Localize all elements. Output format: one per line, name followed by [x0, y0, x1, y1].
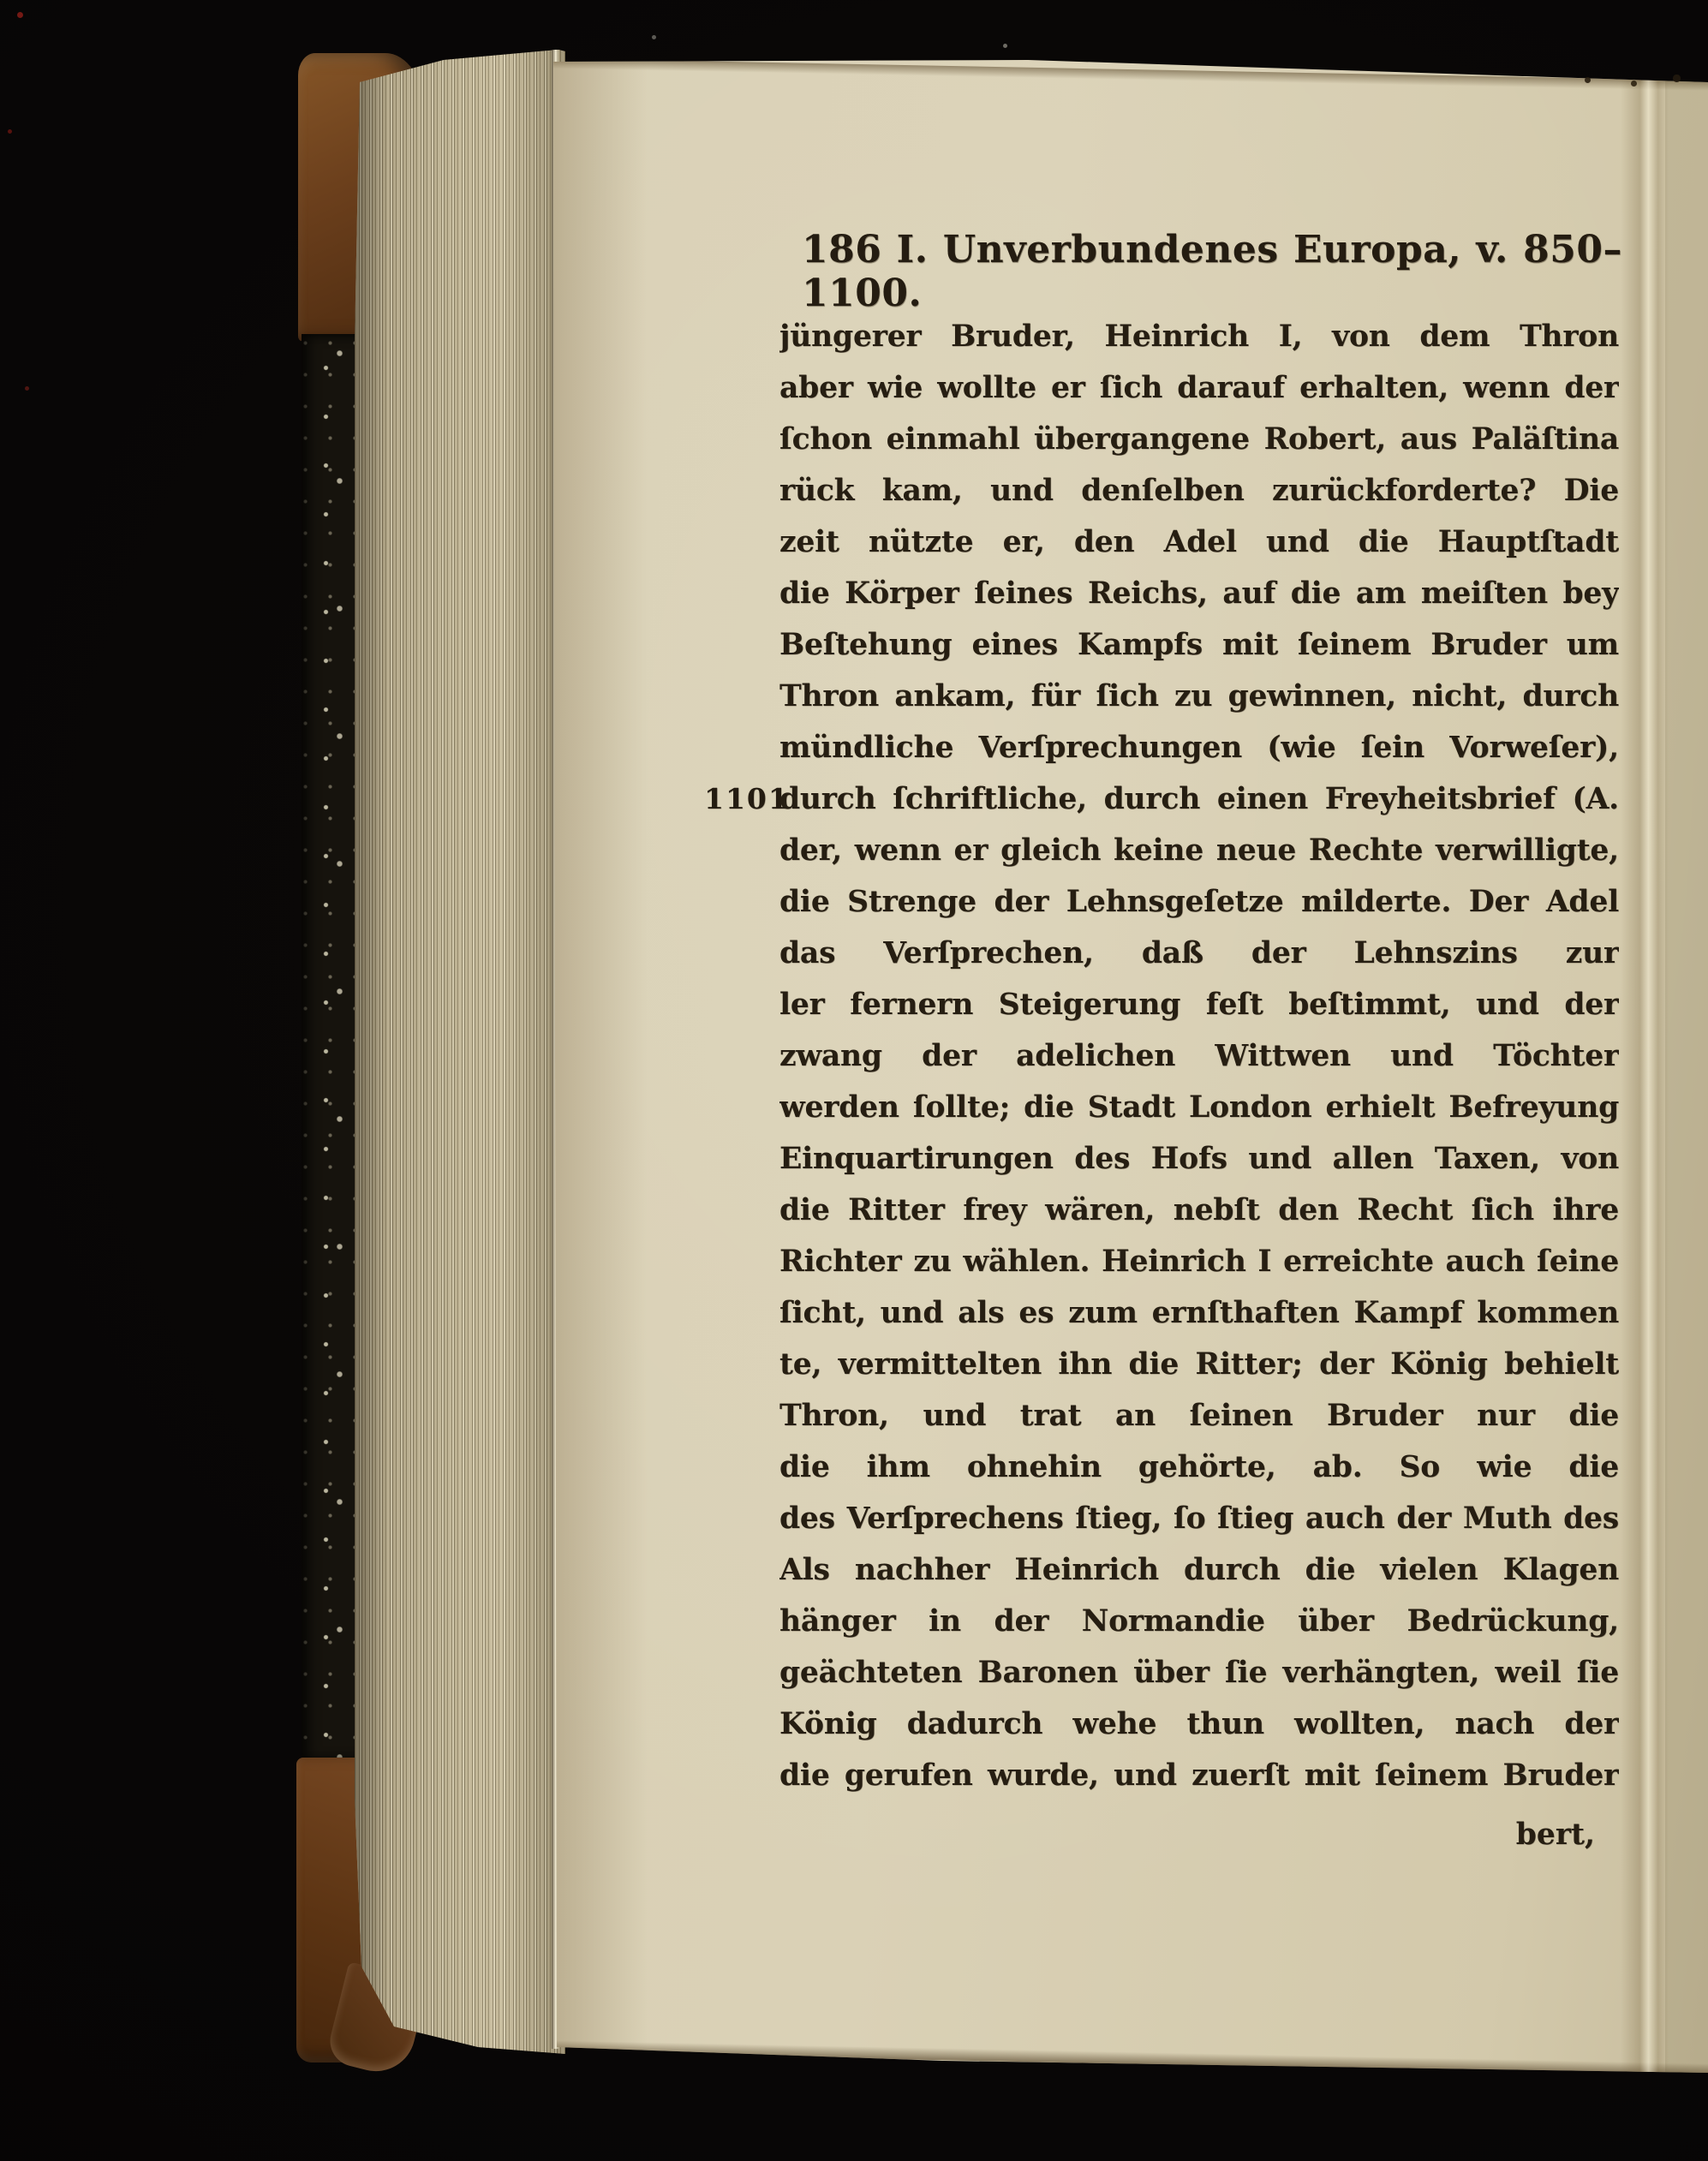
text-line: Thron ankam, für ſich zu gewinnen, nicht… [779, 671, 1619, 722]
text-line: hänger in der Normandie über Bedrückung,… [779, 1596, 1619, 1647]
text-line: Beſtehung eines Kampfs mit ſeinem Bruder… [779, 619, 1619, 671]
text-line: der, wenn er gleich keine neue Rechte ve… [779, 825, 1619, 876]
text-line: jüngerer Bruder, Heinrich I, von dem Thr… [779, 311, 1619, 362]
page-top-edge-shadow [548, 58, 1708, 91]
text-line: ler fernern Steigerung feſt beſtimmt, un… [779, 979, 1619, 1030]
text-line: te, vermittelten ihn die Ritter; der Kön… [779, 1339, 1619, 1390]
text-line: werden ſollte; die Stadt London erhielt … [779, 1082, 1619, 1133]
catchword: bert, [779, 1809, 1595, 1860]
gutter-shadow [553, 51, 648, 2056]
text-line: die gerufen wurde, und zuerſt mit ſeinem… [779, 1750, 1619, 1801]
text-line: ſicht, und als es zum ernſthaften Kampf … [779, 1287, 1619, 1339]
text-line: das Verſprechen, daß der Lehnszins zur E… [779, 928, 1619, 979]
page-right-shading [1665, 51, 1708, 2081]
text-line: die Ritter frey wären, nebſt den Recht ſ… [779, 1185, 1619, 1236]
text-line: die Strenge der Lehnsgeſetze milderte. D… [779, 876, 1619, 928]
text-line: zwang der adelichen Wittwen und Töchter … [779, 1030, 1619, 1082]
text-line: die ihm ohnehin gehörte, ab. So wie die … [779, 1442, 1619, 1493]
text-line: zeit nützte er, den Adel und die Hauptſt… [779, 516, 1619, 568]
text-line: König dadurch wehe thun wollten, nach de… [779, 1698, 1619, 1750]
book-page: 186 I. Unverbundenes Europa, v. 850–1100… [0, 0, 1708, 2161]
text-line: Einquartirungen des Hofs und allen Taxen… [779, 1133, 1619, 1185]
page-crease [1621, 51, 1669, 2073]
text-line: mündliche Verſprechungen (wie ſein Vorwe… [779, 722, 1619, 773]
text-line: rück kam, und denſelben zurückforderte? … [779, 465, 1619, 516]
dust-specks [0, 0, 3, 3]
text-line: geächteten Baronen über ſie verhängten, … [779, 1647, 1619, 1698]
text-line: des Verſprechens ſtieg, ſo ſtieg auch de… [779, 1493, 1619, 1544]
book-scan: 186 I. Unverbundenes Europa, v. 850–1100… [0, 0, 1708, 2161]
text-line: ſchon einmahl übergangene Robert, aus Pa… [779, 414, 1619, 465]
page-bottom-edge-shadow [548, 2040, 1708, 2075]
text-line: aber wie wollte er ſich darauf erhalten,… [779, 362, 1619, 414]
page-fore-edge-stack [349, 0, 565, 2161]
text-line: Richter zu wählen. Heinrich I erreichte … [779, 1236, 1619, 1287]
margin-year-note: 1101 [704, 773, 783, 825]
running-header: 186 I. Unverbundenes Europa, v. 850–1100… [802, 228, 1622, 281]
text-line: Thron, und trat an ſeinen Bruder nur die… [779, 1390, 1619, 1442]
body-text: jüngerer Bruder, Heinrich I, von dem Thr… [779, 311, 1619, 1801]
text-line: die Körper ſeines Reichs, auf die am mei… [779, 568, 1619, 619]
text-line: Als nachher Heinrich durch die vielen Kl… [779, 1544, 1619, 1596]
text-line: durch ſchriftliche, durch einen Freyheit… [779, 773, 1619, 825]
